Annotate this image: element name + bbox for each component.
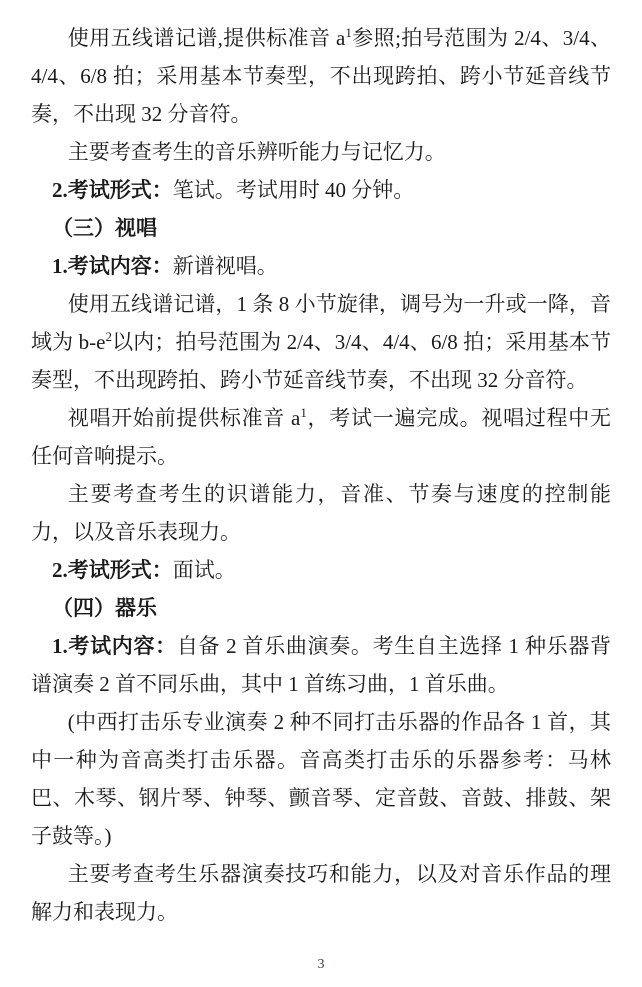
para-focus-instrumental: 主要考查考生乐器演奏技巧和能力，以及对音乐作品的理解力和表现力。 [31, 855, 611, 931]
para-focus-sight-singing: 主要考查考生的识谱能力，音准、节奏与速度的控制能力，以及音乐表现力。 [31, 475, 611, 551]
document-page: 使用五线谱记谱,提供标准音 a1参照;拍号范围为 2/4、3/4、4/4、6/8… [0, 0, 642, 931]
para-melody-specs: 使用五线谱记谱，1 条 8 小节旋律，调号为一升或一降，音域为 b-e2以内；拍… [31, 285, 611, 399]
bold-label: 2.考试形式： [52, 178, 173, 202]
para-pitch-reference: 使用五线谱记谱,提供标准音 a1参照;拍号范围为 2/4、3/4、4/4、6/8… [31, 19, 611, 133]
section-heading-text: （四）器乐 [52, 596, 157, 620]
text-run: 笔试。考试用时 40 分钟。 [173, 178, 415, 202]
text-run: 主要考查考生乐器演奏技巧和能力，以及对音乐作品的理解力和表现力。 [31, 862, 611, 924]
para-exam-format-interview: 2.考试形式：面试。 [31, 551, 611, 589]
text-run: 使用五线谱记谱,提供标准音 a [68, 26, 346, 50]
para-focus-listening-memory: 主要考查考生的音乐辨听能力与记忆力。 [31, 133, 611, 171]
text-run: 面试。 [173, 558, 236, 582]
para-percussion-note: (中西打击乐专业演奏 2 种不同打击乐器的作品各 1 首，其中一种为音高类打击乐… [31, 703, 611, 855]
para-exam-content-sight-singing: 1.考试内容：新谱视唱。 [31, 247, 611, 285]
text-run: (中西打击乐专业演奏 2 种不同打击乐器的作品各 1 首，其中一种为音高类打击乐… [31, 710, 611, 848]
para-exam-format-written: 2.考试形式：笔试。考试用时 40 分钟。 [31, 171, 611, 209]
bold-label: 1.考试内容： [52, 254, 173, 278]
text-run: 主要考查考生的音乐辨听能力与记忆力。 [68, 140, 446, 164]
para-exam-content-instrumental: 1.考试内容：自备 2 首乐曲演奏。考生自主选择 1 种乐器背谱演奏 2 首不同… [31, 627, 611, 703]
text-run: 视唱开始前提供标准音 a [68, 406, 301, 430]
bold-label: 1.考试内容： [52, 634, 177, 658]
section-heading-text: （三）视唱 [52, 216, 157, 240]
bold-label: 2.考试形式： [52, 558, 173, 582]
text-run: 新谱视唱。 [173, 254, 278, 278]
text-run: 主要考查考生的识谱能力，音准、节奏与速度的控制能力，以及音乐表现力。 [31, 482, 611, 544]
heading-section-three-sight-singing: （三）视唱 [31, 209, 611, 247]
text-run: 以内；拍号范围为 2/4、3/4、4/4、6/8 拍；采用基本节奏型，不出现跨拍… [31, 330, 611, 392]
para-standard-pitch-procedure: 视唱开始前提供标准音 a1，考试一遍完成。视唱过程中无任何音响提示。 [31, 399, 611, 475]
page-number: 3 [0, 957, 642, 973]
heading-section-four-instrumental: （四）器乐 [31, 589, 611, 627]
